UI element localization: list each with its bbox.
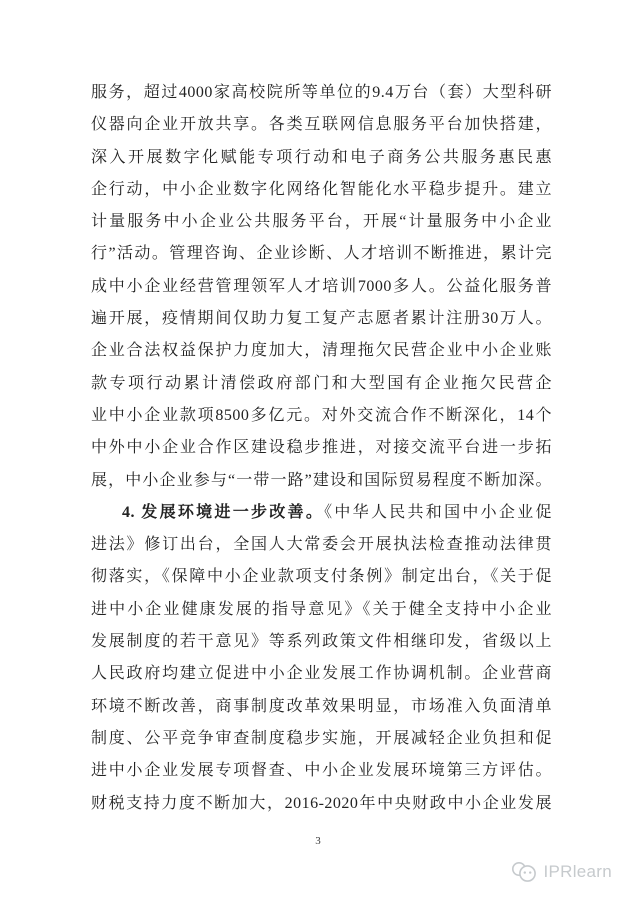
text-line: 企行动，中小企业数字化网络化智能化水平稳步提升。建立 (91, 174, 552, 206)
text-line: 发展制度的若干意见》等系列政策文件相继印发，省级以上 (91, 626, 552, 658)
text-line: 彻落实，《保障中小企业款项支付条例》制定出台，《关于促 (91, 561, 552, 593)
watermark-label: IPRlearn (543, 862, 612, 882)
text-line: 服务，超过4000家高校院所等单位的9.4万台（套）大型科研 (91, 77, 552, 109)
text-line: 财税支持力度不断加大，2016-2020年中央财政中小企业发展 (91, 788, 552, 820)
text-line: 仪器向企业开放共享。各类互联网信息服务平台加快搭建， (91, 109, 552, 141)
section-heading: 4. 发展环境进一步改善。 (122, 504, 324, 521)
text-line: 进中小企业发展专项督查、中小企业发展环境第三方评估。 (91, 755, 552, 787)
text-line: 遍开展，疫情期间仅助力复工复产志愿者累计注册30万人。 (91, 303, 552, 335)
text-line: 人民政府均建立促进中小企业发展工作协调机制。企业营商 (91, 658, 552, 690)
text-line: 款专项行动累计清偿政府部门和大型国有企业拖欠民营企 (91, 368, 552, 400)
text-line: 计量服务中小企业公共服务平台，开展“计量服务中小企业 (91, 206, 552, 238)
body-text: 服务，超过4000家高校院所等单位的9.4万台（套）大型科研 仪器向企业开放共享… (91, 77, 552, 820)
text-line-section-start: 4. 发展环境进一步改善。《中华人民共和国中小企业促 (91, 497, 552, 529)
text-line: 行”活动。管理咨询、企业诊断、人才培训不断推进，累计完 (91, 238, 552, 270)
section-text: 《中华人民共和国中小企业促 (324, 504, 552, 521)
text-line: 中外中小企业合作区建设稳步推进，对接交流平台进一步拓 (91, 432, 552, 464)
text-line: 展，中小企业参与“一带一路”建设和国际贸易程度不断加深。 (91, 465, 552, 497)
text-line: 深入开展数字化赋能专项行动和电子商务公共服务惠民惠 (91, 142, 552, 174)
iprlearn-logo-icon (511, 861, 537, 883)
document-page: 服务，超过4000家高校院所等单位的9.4万台（套）大型科研 仪器向企业开放共享… (0, 0, 636, 900)
watermark: IPRlearn (511, 861, 612, 883)
text-line: 进法》修订出台，全国人大常委会开展执法检查推动法律贯 (91, 529, 552, 561)
page-number: 3 (0, 835, 636, 847)
text-line: 进中小企业健康发展的指导意见》《关于健全支持中小企业 (91, 594, 552, 626)
text-line: 业中小企业款项8500多亿元。对外交流合作不断深化，14个 (91, 400, 552, 432)
text-line: 企业合法权益保护力度加大，清理拖欠民营企业中小企业账 (91, 335, 552, 367)
text-line: 制度、公平竞争审查制度稳步实施，开展减轻企业负担和促 (91, 723, 552, 755)
text-line: 成中小企业经营管理领军人才培训7000多人。公益化服务普 (91, 271, 552, 303)
text-line: 环境不断改善，商事制度改革效果明显，市场准入负面清单 (91, 691, 552, 723)
